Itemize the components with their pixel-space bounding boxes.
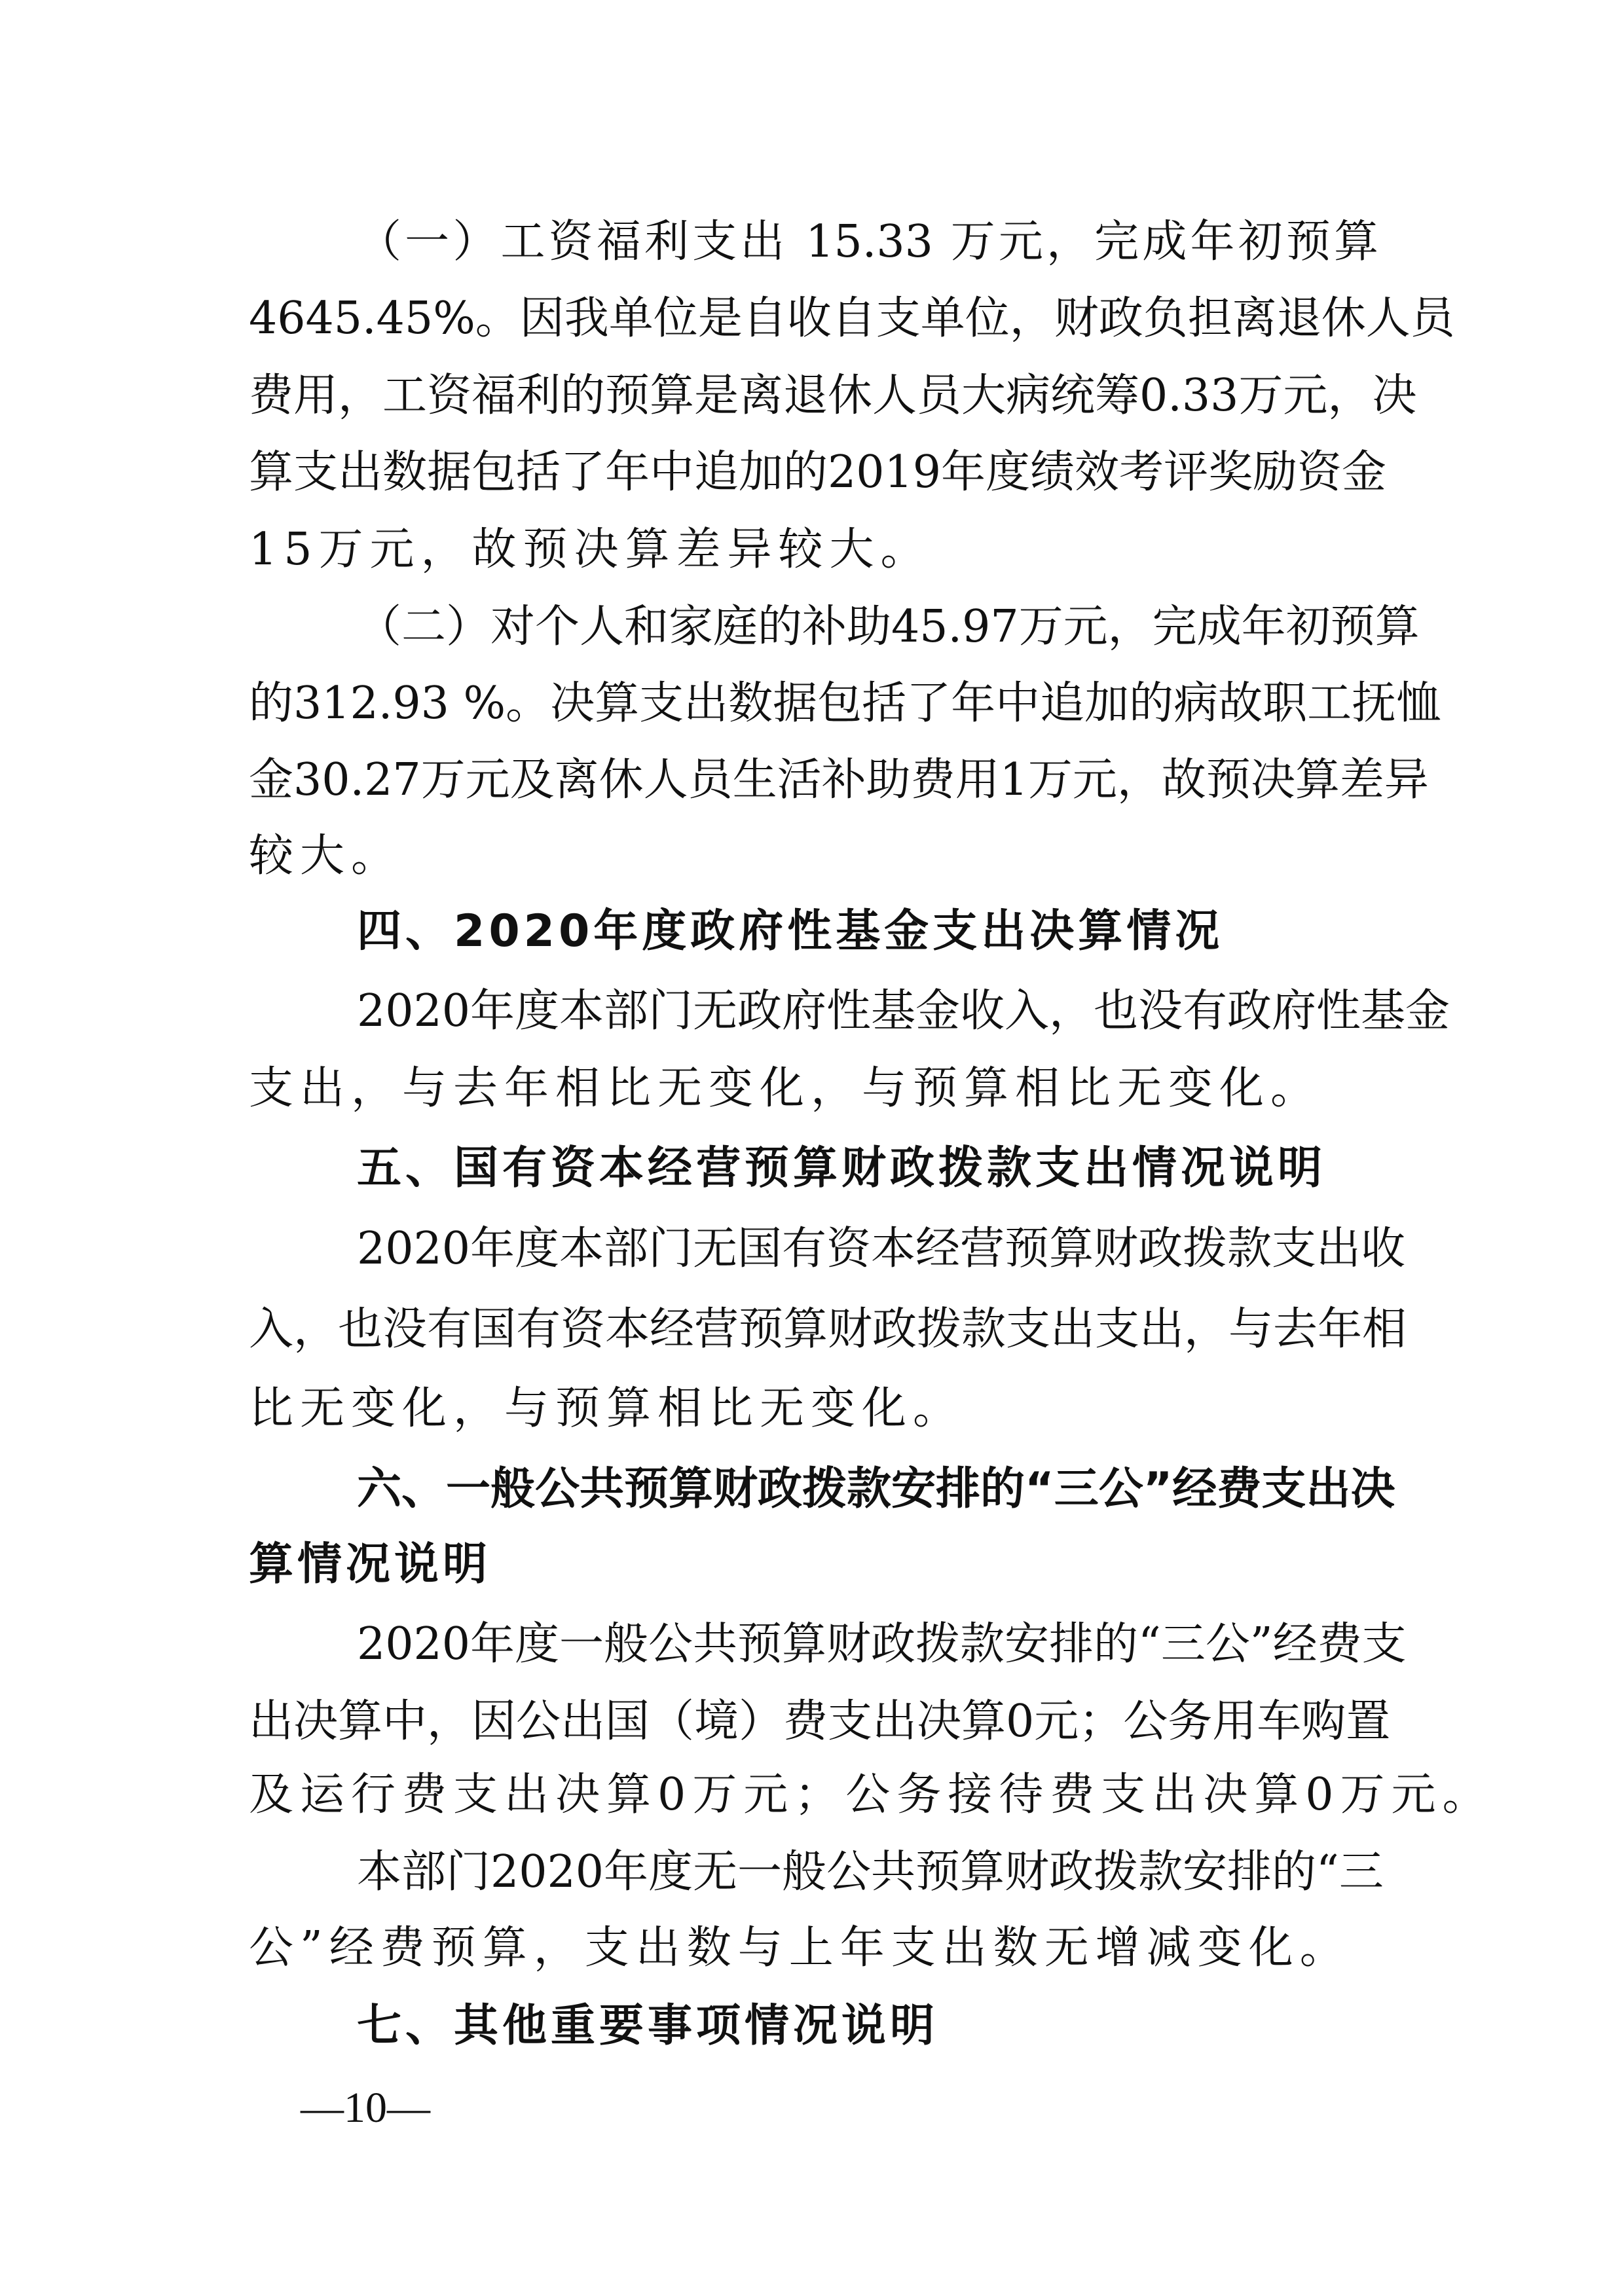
- paragraph-line: 本部门2020年度无一般公共预算财政拨款安排的“三: [357, 1840, 1378, 1905]
- section-heading: 七、其他重要事项情况说明: [357, 1994, 1378, 2059]
- section-heading: 六、一般公共预算财政拨款安排的“三公”经费支出决: [357, 1457, 1378, 1522]
- paragraph-line: 比无变化，与预算相比无变化。: [249, 1376, 1378, 1442]
- paragraph-line: 2020年度一般公共预算财政拨款安排的“三公”经费支: [357, 1612, 1378, 1677]
- page-number: —10—: [301, 2079, 430, 2138]
- paragraph-line: 2020年度本部门无国有资本经营预算财政拨款支出收: [357, 1216, 1378, 1282]
- paragraph-line: 2020年度本部门无政府性基金收入，也没有政府性基金: [357, 979, 1378, 1044]
- section-heading-continued: 算情况说明: [249, 1532, 1378, 1597]
- paragraph-line: 的312.93 %。决算支出数据包括了年中追加的病故职工抚恤: [249, 671, 1378, 737]
- paragraph-line: 支出，与去年相比无变化，与预算相比无变化。: [249, 1056, 1378, 1121]
- document-page: （一）工资福利支出 15.33 万元，完成年初预算 4645.45%。因我单位是…: [0, 0, 1624, 2296]
- paragraph-line: 较大。: [249, 824, 1378, 889]
- paragraph-line: 公”经费预算，支出数与上年支出数无增减变化。: [249, 1916, 1378, 1981]
- paragraph-line: （二）对个人和家庭的补助45.97万元，完成年初预算: [357, 594, 1378, 660]
- paragraph-line: 15万元，故预决算差异较大。: [249, 517, 1378, 583]
- paragraph-line: 入，也没有国有资本经营预算财政拨款支出支出，与去年相: [249, 1297, 1378, 1362]
- paragraph-line: 及运行费支出决算0万元；公务接待费支出决算0万元。: [249, 1762, 1378, 1828]
- paragraph-line: （一）工资福利支出 15.33 万元，完成年初预算: [357, 210, 1378, 275]
- paragraph-line: 出决算中，因公出国（境）费支出决算0元；公务用车购置: [249, 1689, 1378, 1755]
- section-heading: 四、2020年度政府性基金支出决算情况: [357, 899, 1378, 964]
- paragraph-line: 4645.45%。因我单位是自收自支单位，财政负担离退休人员: [249, 286, 1378, 352]
- paragraph-line: 费用，工资福利的预算是离退休人员大病统筹0.33万元，决: [249, 363, 1378, 429]
- paragraph-line: 算支出数据包括了年中追加的2019年度绩效考评奖励资金: [249, 440, 1378, 505]
- section-heading: 五、国有资本经营预算财政拨款支出情况说明: [357, 1136, 1378, 1201]
- paragraph-line: 金30.27万元及离休人员生活补助费用1万元，故预决算差异: [249, 748, 1378, 813]
